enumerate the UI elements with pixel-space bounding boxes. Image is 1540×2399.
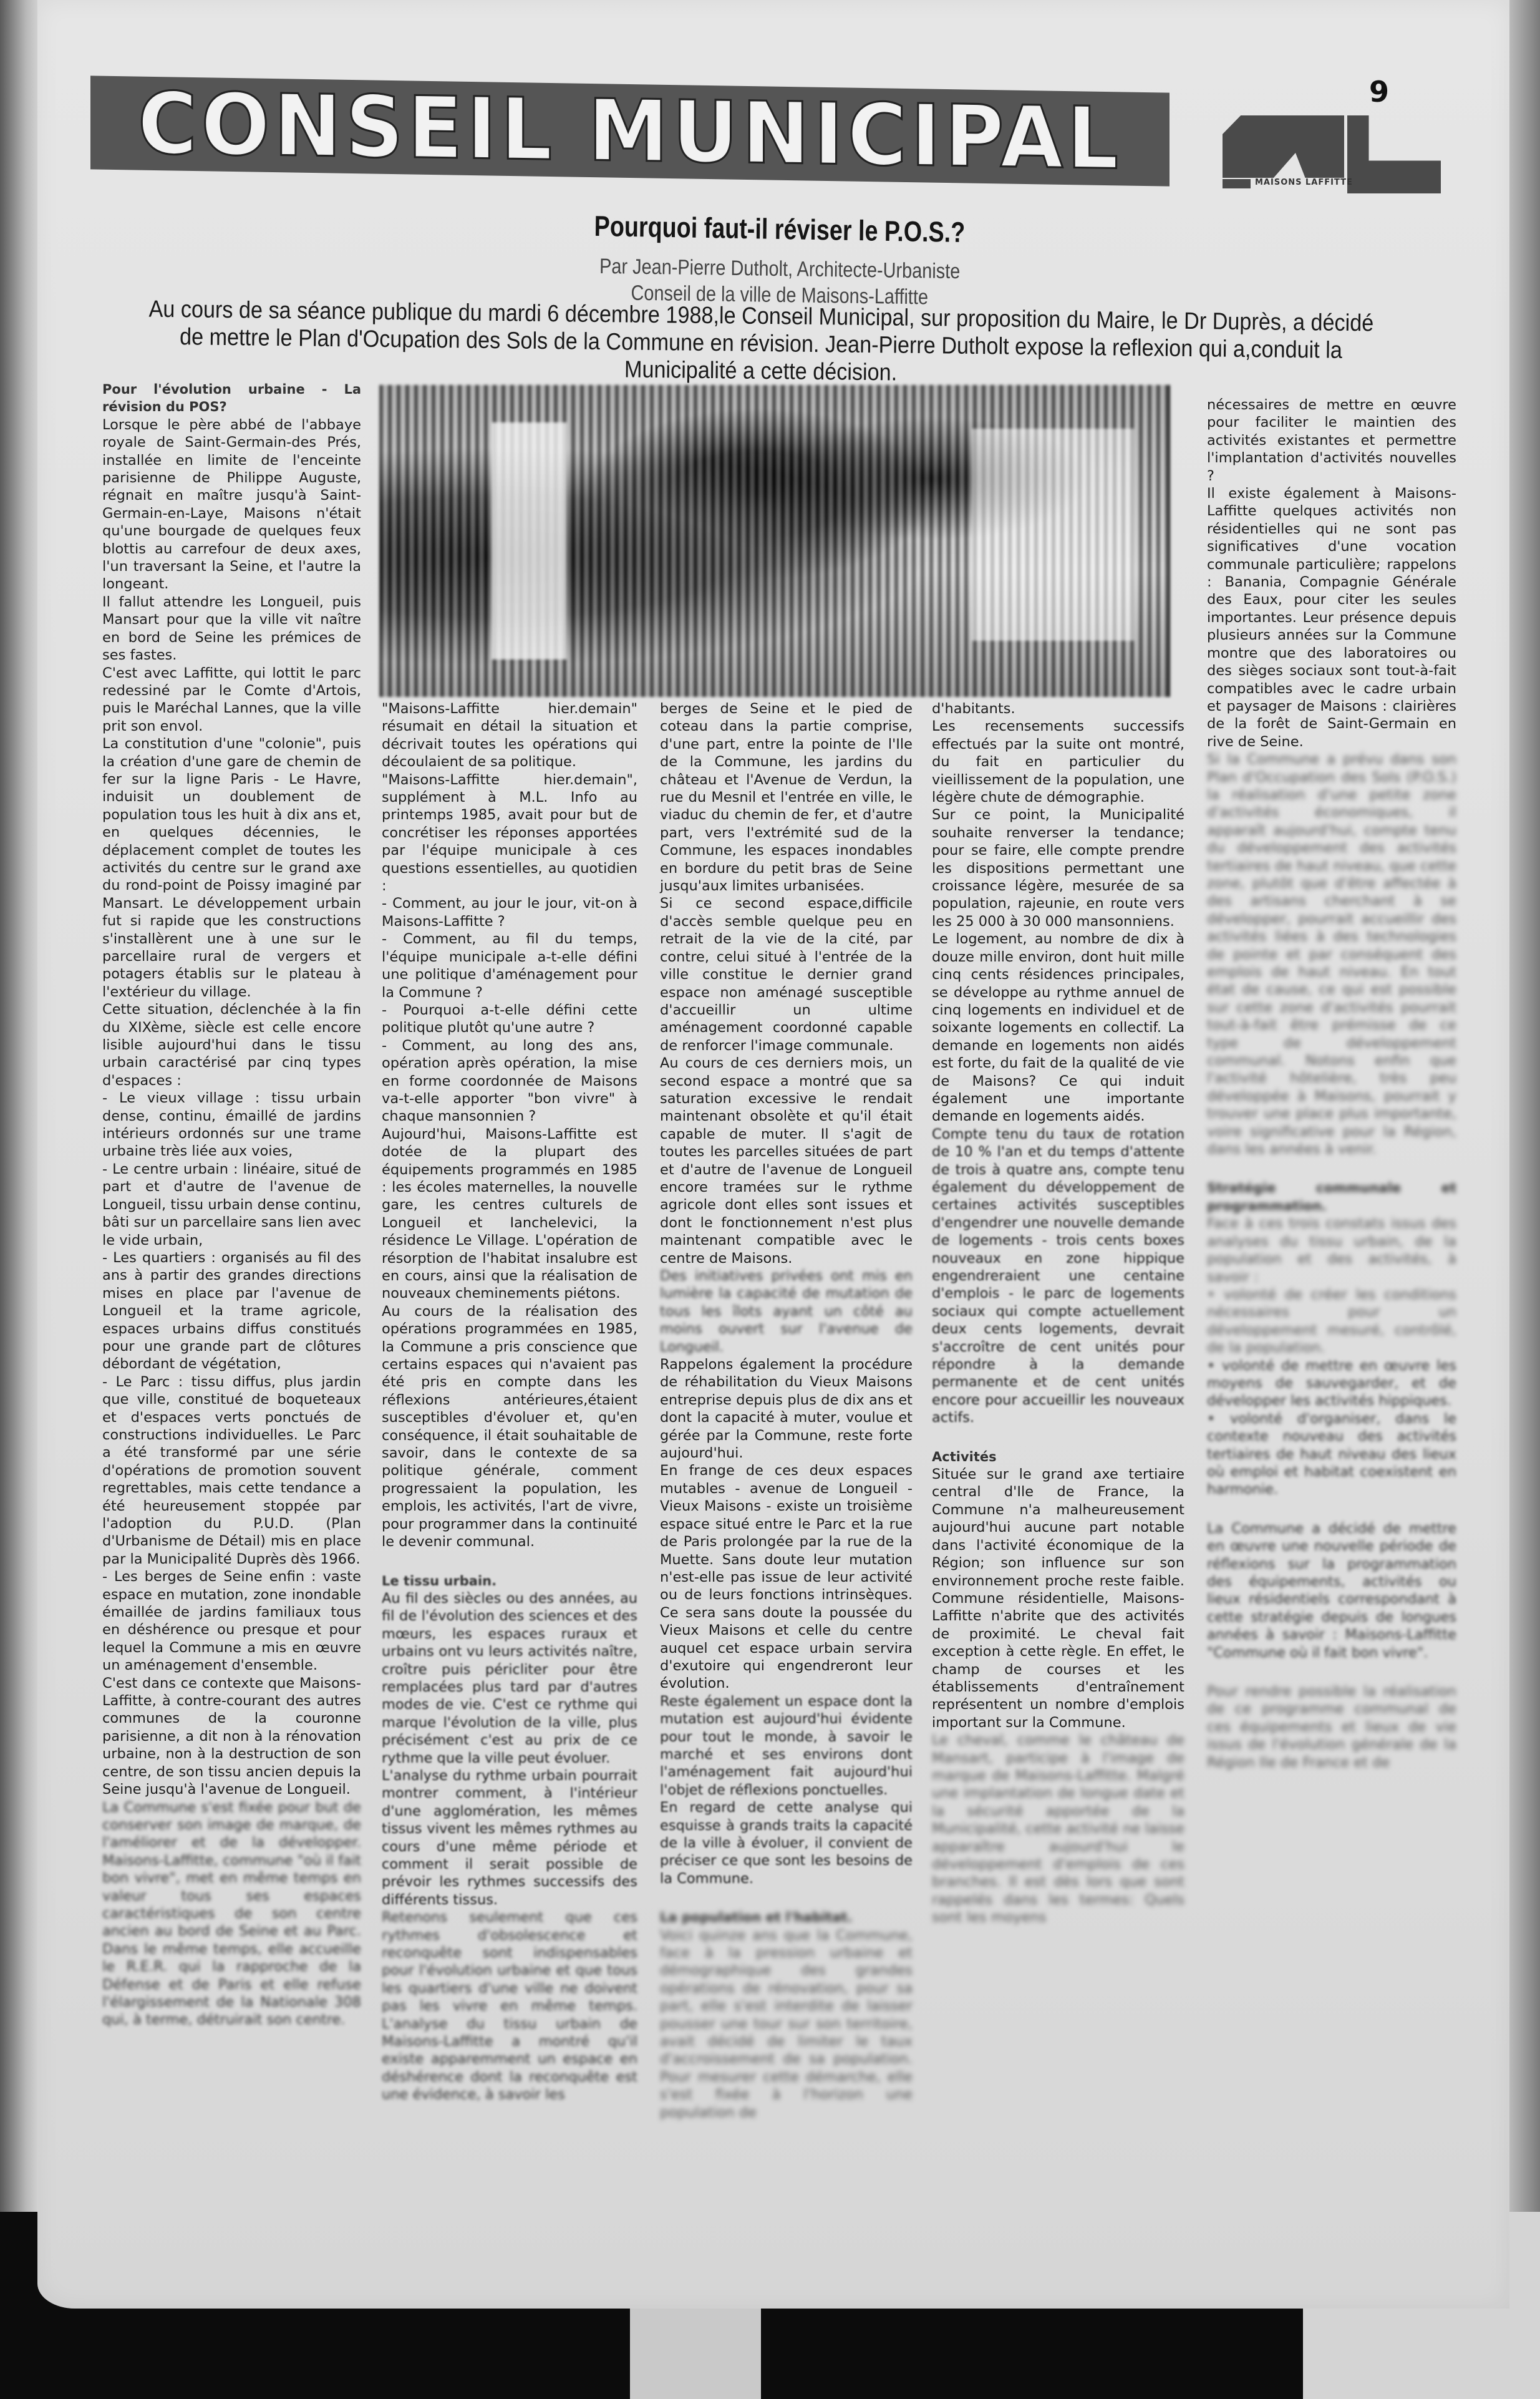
paragraph: Si ce second espace,difficile d'accès se…: [660, 895, 913, 1054]
paragraph: • volonté de mettre en œuvre les moyens …: [1207, 1357, 1456, 1410]
column-subheading: La population et l'habitat.: [660, 1909, 913, 1926]
spacer: [382, 1551, 637, 1572]
spacer: [932, 1427, 1184, 1448]
paragraph: - Le Parc : tissu diffus, plus jardin qu…: [102, 1373, 361, 1568]
column-subheading: Le tissu urbain.: [382, 1572, 637, 1590]
paragraph: Située sur le grand axe tertiaire centra…: [932, 1466, 1184, 1731]
logo-bar: [1223, 179, 1251, 188]
paragraph: Le logement, au nombre de dix à douze mi…: [932, 930, 1184, 1125]
article-column-3: berges de Seine et le pied de coteau dan…: [660, 700, 913, 2121]
article-column-1: Pour l'évolution urbaine - La révision d…: [102, 381, 361, 2029]
paragraph: Compte tenu du taux de rotation de 10 % …: [932, 1126, 1184, 1427]
paragraph: - Les quartiers : organisés au fil des a…: [102, 1249, 361, 1373]
column-subheading: Activités: [932, 1448, 1184, 1466]
paragraph: Cette situation, déclenchée à la fin du …: [102, 1001, 361, 1089]
paragraph: d'habitants.: [932, 700, 1184, 718]
paragraph: La constitution d'une "colonie", puis la…: [102, 735, 361, 1001]
paragraph: "Maisons-Laffitte hier.demain", suppléme…: [382, 771, 637, 895]
paragraph: berges de Seine et le pied de coteau dan…: [660, 700, 913, 895]
page-number: 9: [1369, 75, 1389, 109]
paragraph-blurred: La Commune s'est fixée pour but de conse…: [102, 1799, 361, 2029]
spacer: [1207, 1499, 1456, 1520]
paragraph: Rappelons également la procédure de réha…: [660, 1356, 913, 1462]
paragraph-blurred: Face à ces trois constats issus des anal…: [1207, 1215, 1456, 1286]
column-subheading: Stratégie communale et programmation.: [1207, 1179, 1456, 1215]
paragraph: Aujourd'hui, Maisons-Laffitte est dotée …: [382, 1126, 637, 1303]
paragraph: L'analyse du rythme urbain pourrait mont…: [382, 1767, 637, 1909]
paragraph: Au cours de la réalisation des opération…: [382, 1303, 637, 1551]
paragraph-blurred: Pour rendre possible la réalisation de c…: [1207, 1683, 1456, 1771]
paragraph: - Pourquoi a-t-elle défini cette politiq…: [382, 1001, 637, 1037]
article-column-4: d'habitants. Les recensements successifs…: [932, 700, 1184, 1927]
section-banner: Conseil Municipal: [90, 75, 1170, 186]
paragraph: Au fil des siècles ou des années, au fil…: [382, 1590, 637, 1767]
maisons-laffitte-logo: MAISONS LAFFITTE: [1216, 115, 1428, 193]
paragraph: Il fallut attendre les Longueil, puis Ma…: [102, 593, 361, 664]
illustration-building: [492, 422, 566, 659]
paragraph-blurred: Le cheval, comme le château de Mansart, …: [932, 1731, 1184, 1926]
article-column-2: "Maisons-Laffitte hier.demain" résumait …: [382, 700, 637, 2104]
article-column-5: nécessaires de mettre en œuvre pour faci…: [1207, 396, 1456, 1771]
paragraph: "Maisons-Laffitte hier.demain" résumait …: [382, 700, 637, 771]
paragraph: - Le vieux village : tissu urbain dense,…: [102, 1089, 361, 1161]
spacer: [1207, 1662, 1456, 1683]
paragraph: - Comment, au fil du temps, l'équipe mun…: [382, 930, 637, 1001]
spacer: [660, 1887, 913, 1909]
column-subheading: Pour l'évolution urbaine - La révision d…: [102, 381, 361, 416]
section-title: Conseil Municipal: [138, 74, 1122, 188]
paragraph: Reste également un espace dont la mutati…: [660, 1693, 913, 1799]
paragraph-blurred: Voici quinze ans que la Commune, face à …: [660, 1927, 913, 2121]
paragraph-blurred: Si la Commune a prévu dans son Plan d'Oc…: [1207, 751, 1456, 1158]
paragraph: - Comment, au long des ans, opération ap…: [382, 1037, 637, 1126]
paragraph-blurred: Retenons seulement que ces rythmes d'obs…: [382, 1909, 637, 2103]
paragraph-blurred: Des initiatives privées ont mis en lumiè…: [660, 1267, 913, 1356]
paragraph: - Les berges de Seine enfin : vaste espa…: [102, 1568, 361, 1674]
paragraph: • volonté d'organiser, dans le contexte …: [1207, 1410, 1456, 1499]
paragraph: En regard de cette analyse qui esquisse …: [660, 1799, 913, 1887]
paragraph: nécessaires de mettre en œuvre pour faci…: [1207, 396, 1456, 485]
paragraph: La Commune a décidé de mettre en œuvre u…: [1207, 1520, 1456, 1662]
paragraph: Il existe également à Maisons-Laffitte q…: [1207, 485, 1456, 751]
illustration-facade: [972, 429, 1134, 641]
logo-l-shape: [1347, 115, 1441, 193]
spacer: [1207, 1158, 1456, 1179]
paragraph: Les recensements successifs effectués pa…: [932, 718, 1184, 806]
logo-m-shape: [1223, 115, 1344, 178]
paragraph: En frange de ces deux espaces mutables -…: [660, 1462, 913, 1692]
paragraph: Au cours de ces derniers mois, un second…: [660, 1054, 913, 1267]
article-intro: Au cours de sa séance publique du mardi …: [143, 295, 1378, 392]
logo-subtitle: MAISONS LAFFITTE: [1255, 178, 1353, 187]
page-spine-shadow: [0, 0, 37, 2399]
paragraph: C'est dans ce contexte que Maisons-Laffi…: [102, 1675, 361, 1799]
article-illustration: [379, 385, 1170, 697]
paragraph: C'est avec Laffitte, qui lottit le parc …: [102, 664, 361, 736]
paragraph-blurred: • volonté de créer les conditions nécess…: [1207, 1286, 1456, 1357]
paragraph: - Comment, au jour le jour, vit-on à Mai…: [382, 895, 637, 930]
paragraph: - Le centre urbain : linéaire, situé de …: [102, 1161, 361, 1249]
paragraph: Lorsque le père abbé de l'abbaye royale …: [102, 416, 361, 593]
paragraph: Sur ce point, la Municipalité souhaite r…: [932, 806, 1184, 930]
